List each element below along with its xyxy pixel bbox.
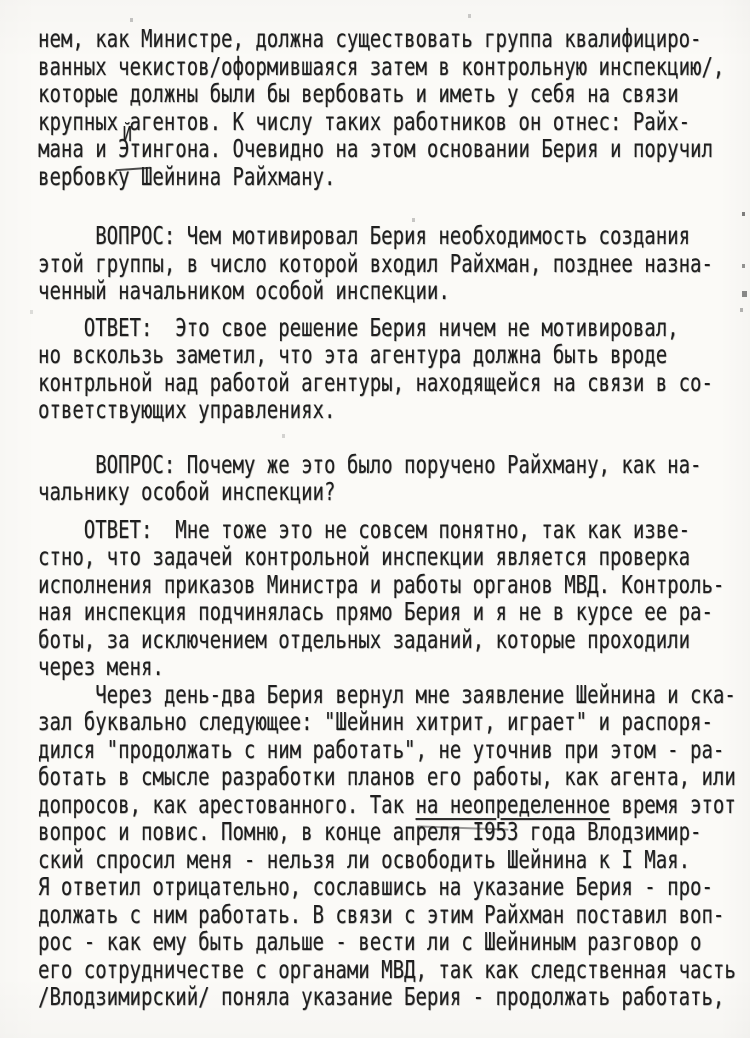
text-line: через меня. [38, 653, 750, 681]
narrative-paragraph: Через день-два Берия вернул мне заявлени… [38, 681, 750, 1011]
typewritten-page: нем, как Министре, должна существовать г… [0, 25, 750, 1011]
text-line: зал буквально следующее: "Шейнин хитрит,… [38, 708, 750, 736]
text-line: стно, что задачей контрольной инспекции … [38, 543, 750, 571]
text-line: его сотрудничестве с органами МВД, так к… [38, 956, 750, 984]
text-line: крупных агентов. К числу таких работнико… [38, 108, 750, 136]
question-paragraph-2: ВОПРОС: Почему же это было поручено Райх… [38, 451, 750, 506]
text-segment: мана и [38, 134, 118, 163]
paragraph-continuation: нем, как Министре, должна существовать г… [38, 25, 750, 190]
text-line: ский спросил меня - нельзя ли освободить… [38, 846, 750, 874]
text-line-with-correction: мана и ЙЭтингона. Очевидно на этом основ… [38, 135, 750, 163]
scanned-document: { "colors": { "paper": "#fbfaf7", "ink":… [0, 0, 750, 1038]
text-line: исполнения приказов Министра и работы ор… [38, 571, 750, 599]
text-line: ботать в смысле разработки планов его ра… [38, 763, 750, 791]
text-line: ответствующих управлениях. [38, 396, 750, 424]
text-line: Через день-два Берия вернул мне заявлени… [38, 681, 750, 709]
text-segment: тингона. Очевидно на этом основании Бери… [130, 134, 713, 163]
text-line: ченный начальником особой инспекции. [38, 277, 750, 305]
text-line: Я ответил отрицательно, сославшись на ук… [38, 873, 750, 901]
text-line: нем, как Министре, должна существовать г… [38, 25, 750, 53]
text-line: должать с ним работать. В связи с этим Р… [38, 901, 750, 929]
text-line: ная инспекция подчинялась прямо Берия и … [38, 598, 750, 626]
question-paragraph-1: ВОПРОС: Чем мотивировал Берия необходимо… [38, 222, 750, 305]
text-line: дился "продолжать с ним работать", не ут… [38, 736, 750, 764]
text-line: рос - как ему быть дальше - вести ли с Ш… [38, 928, 750, 956]
text-line: боты, за исключением отдельных заданий, … [38, 626, 750, 654]
text-line-with-underline: допросов, как арестованного. Так на неоп… [38, 791, 750, 819]
text-line: вопрос и повис. Помню, в конце апреля I9… [38, 818, 750, 846]
text-line: которые должны были бы вербовать и иметь… [38, 80, 750, 108]
answer-paragraph-2: ОТВЕТ: Мне тоже это не совсем понятно, т… [38, 516, 750, 681]
text-segment: допросов, как арестованного. Так [38, 790, 415, 819]
underlined-phrase: на неопределенное [415, 790, 609, 819]
answer-paragraph-1: ОТВЕТ: Это свое решение Берия ничем не м… [38, 314, 750, 424]
text-line: но вскользь заметил, что эта агентура до… [38, 341, 750, 369]
text-line: ванных чекистов/оформившаяся затем в кон… [38, 53, 750, 81]
text-line: ВОПРОС: Почему же это было поручено Райх… [38, 451, 750, 479]
text-line: ВОПРОС: Чем мотивировал Берия необходимо… [38, 222, 750, 250]
overtyped-correction: ЙЭ [118, 135, 129, 163]
text-line: этой группы, в число которой входил Райх… [38, 250, 750, 278]
text-line: контрльной над работой агентуры, находящ… [38, 369, 750, 397]
inserted-letter: Й [123, 121, 132, 149]
text-segment: время этот [610, 790, 736, 819]
text-line: ОТВЕТ: Это свое решение Берия ничем не м… [38, 314, 750, 342]
text-line: ОТВЕТ: Мне тоже это не совсем понятно, т… [38, 516, 750, 544]
text-line: /Влодзимирский/ поняла указание Берия - … [38, 983, 750, 1011]
text-line: чальнику особой инспекции? [38, 478, 750, 506]
